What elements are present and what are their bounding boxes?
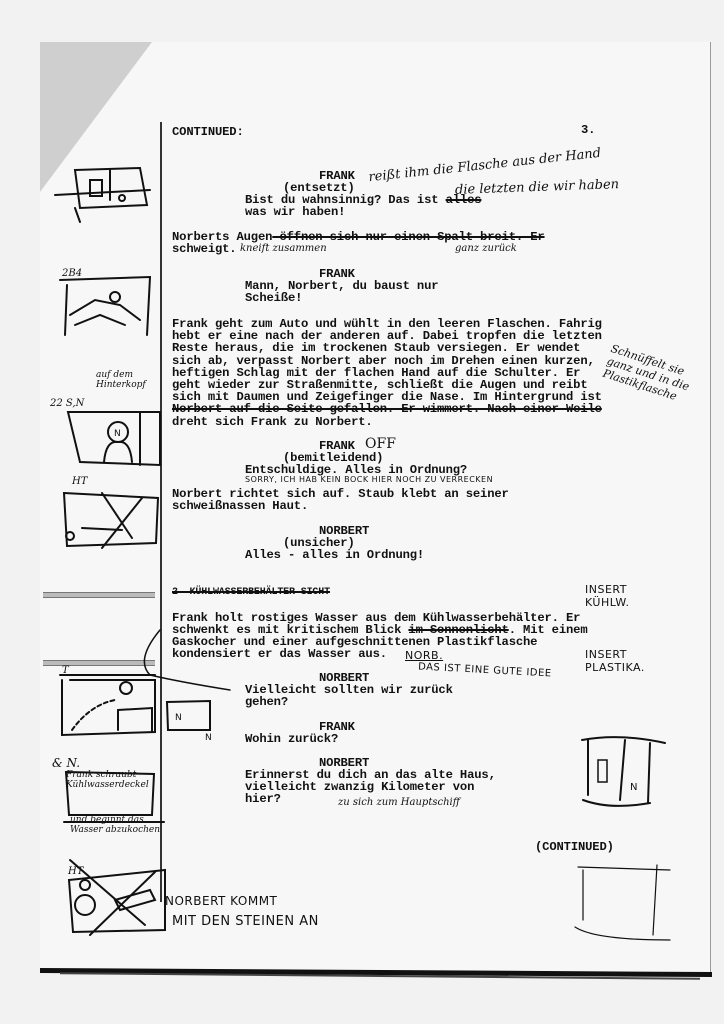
dialogue-line: hier? [245, 793, 281, 806]
storyboard-sketch-empty-frame [575, 865, 665, 945]
storyboard-sketch-wreck [55, 275, 155, 345]
dialogue-line: Alles - alles in Ordnung! [245, 549, 424, 562]
handwritten-note: NORB. [405, 649, 443, 662]
handwritten-arrow-curve [130, 620, 230, 680]
dialogue-line: Wohin zurück? [245, 733, 338, 746]
continued-footer: (CONTINUED) [535, 841, 614, 854]
handwritten-note: OFF [365, 436, 396, 452]
continued-header: CONTINUED: [172, 126, 244, 139]
scene-heading: 2 KÜHLWASSERBEHÄLTER SICHT [172, 587, 330, 600]
dialogue-line: was wir haben! [245, 206, 345, 219]
handwritten-note: ganz zurück [455, 243, 517, 254]
storyboard-sketch-car [50, 160, 160, 220]
handwritten-note: SORRY, ICH HAB KEIN BOCK HIER NOCH ZU VE… [245, 475, 493, 484]
svg-text:N: N [114, 429, 121, 439]
storyboard-sketch-ht [62, 488, 162, 550]
action-text: Augen [236, 230, 272, 244]
page-number: 3. [581, 124, 595, 137]
action-line: dreht sich Frank zu Norbert. [172, 416, 373, 429]
dialogue-line: gehen? [245, 696, 288, 709]
binder-hole-mark [43, 592, 155, 598]
storyboard-sketch-text-box [64, 770, 159, 820]
svg-text:N: N [205, 733, 212, 743]
struck-text: öffnen sich nur einen Spalt breit. Er [272, 230, 544, 244]
dialogue-line: Scheiße! [245, 292, 302, 305]
handwritten-note: INSERT KÜHLW. [585, 583, 655, 609]
svg-text:N: N [630, 782, 637, 793]
handwritten-note: MIT DEN STEINEN AN [172, 914, 319, 929]
handwritten-note: kneift zusammen [240, 243, 327, 254]
storyboard-sketch-frank-cooking [60, 670, 160, 740]
storyboard-sketch-norbert-stones [65, 860, 165, 935]
handwritten-note: INSERT PLASTIKA. [585, 648, 665, 674]
action-line: schweißnassen Haut. [172, 500, 308, 513]
sketch-label: HT [72, 476, 87, 487]
storyboard-sketch-right-door: N [580, 735, 670, 825]
handwritten-note: zu sich zum Hauptschiff [338, 797, 460, 808]
storyboard-sketch-norbert-closeup: N [68, 410, 163, 470]
action-line: schweigt. [172, 243, 236, 256]
sketch-label: & N. [52, 756, 80, 770]
sketch-label: 22 S,N [50, 398, 84, 409]
handwritten-note: NORBERT KOMMT [165, 894, 277, 908]
storyboard-sketch-small: N N [165, 700, 225, 740]
svg-text:N: N [175, 713, 182, 723]
handwritten-note: auf dem Hinterkopf [96, 370, 156, 390]
